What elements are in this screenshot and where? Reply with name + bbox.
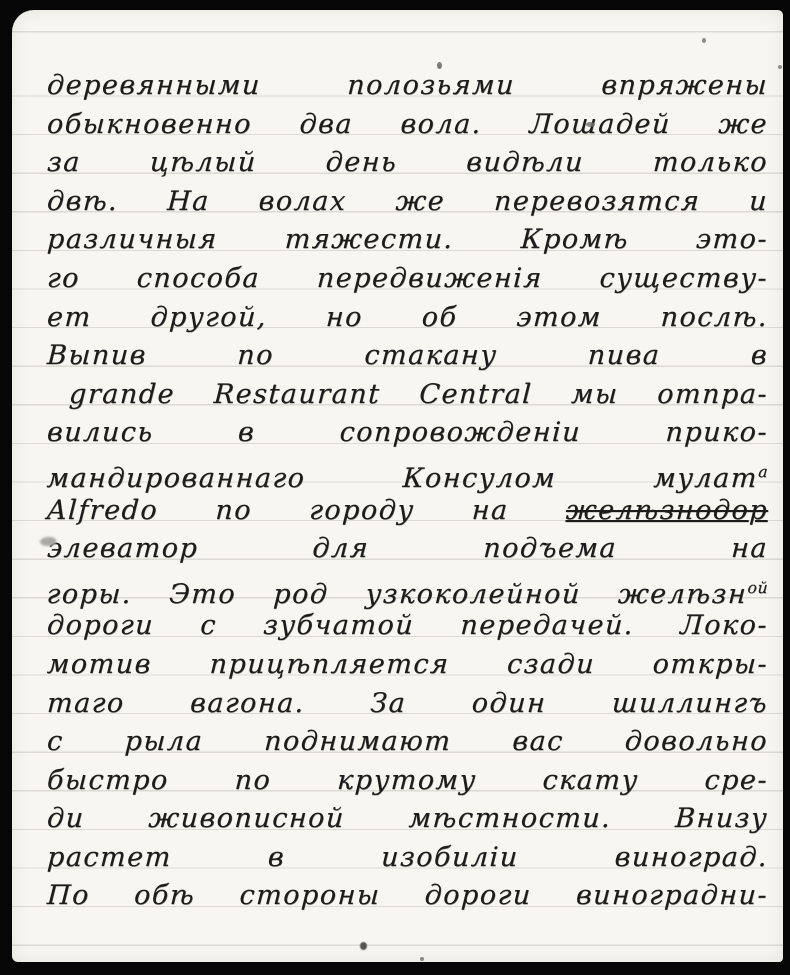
line-text: мотив прицѣпляется сзади откры-	[46, 649, 769, 680]
manuscript-line: го способа передвиженія существу-	[46, 261, 769, 300]
strikethrough-word: желѣзнодор	[565, 495, 769, 526]
manuscript-line: grande Restaurant Central мы отпра-	[46, 377, 769, 416]
line-text: быстро по крутому скату сре-	[46, 765, 769, 796]
superscript-letters: ой	[747, 578, 769, 597]
line-text-latin: grande Restaurant Central мы отпра-	[68, 379, 769, 410]
line-text: мандированнаго Консулом мулат	[46, 463, 759, 494]
line-text: за цѣлый день видѣли только	[46, 147, 769, 178]
line-text: Выпив по стакану пива в	[46, 340, 769, 371]
handwriting-text: деревянными полозьями впряжены обыкновен…	[46, 68, 767, 917]
line-text: ет другой, но об этом послѣ.	[46, 302, 769, 333]
line-text: Alfredo по городу на	[46, 495, 567, 526]
manuscript-line: таго вагона. За один шиллингъ	[46, 686, 769, 725]
manuscript-line: горы. Это род узкоколейной желѣзной	[46, 570, 769, 609]
line-text: го способа передвиженія существу-	[46, 263, 769, 294]
manuscript-line: с рыла поднимают вас довольно	[46, 724, 769, 763]
manuscript-line: различныя тяжести. Кромѣ это-	[46, 222, 769, 261]
manuscript-line: Выпив по стакану пива в	[46, 338, 769, 377]
manuscript-page: деревянными полозьями впряжены обыкновен…	[12, 10, 783, 962]
manuscript-line: дороги с зубчатой передачей. Локо-	[46, 608, 769, 647]
line-text: обыкновенно два вола. Лошадей же	[46, 109, 769, 140]
manuscript-line: растет в изобиліи виноград.	[46, 840, 769, 879]
line-text: элеватор для подъема на	[46, 533, 769, 564]
ink-speck	[702, 38, 706, 43]
line-text: дороги с зубчатой передачей. Локо-	[46, 610, 769, 641]
manuscript-line: По обѣ стороны дороги виноградни-	[46, 878, 769, 917]
ink-speck	[420, 957, 424, 961]
line-text: таго вагона. За один шиллингъ	[46, 688, 769, 719]
manuscript-line: деревянными полозьями впряжены	[46, 68, 769, 107]
ink-speck	[360, 942, 367, 950]
manuscript-line: обыкновенно два вола. Лошадей же	[46, 107, 769, 146]
line-text: По обѣ стороны дороги виноградни-	[46, 880, 769, 911]
line-text: ди живописной мѣстности. Внизу	[46, 803, 769, 834]
manuscript-line: быстро по крутому скату сре-	[46, 763, 769, 802]
manuscript-line: Alfredo по городу на желѣзнодор	[46, 493, 769, 532]
manuscript-line: ет другой, но об этом послѣ.	[46, 300, 769, 339]
manuscript-line: двѣ. На волах же перевозятся и	[46, 184, 769, 223]
superscript-letters: а	[758, 462, 769, 481]
manuscript-line: мандированнаго Консулом мулата	[46, 454, 769, 493]
scan-background: деревянными полозьями впряжены обыкновен…	[0, 0, 790, 975]
line-text: деревянными полозьями впряжены	[46, 70, 769, 101]
manuscript-line: мотив прицѣпляется сзади откры-	[46, 647, 769, 686]
manuscript-line: за цѣлый день видѣли только	[46, 145, 769, 184]
line-text: горы. Это род узкоколейной желѣзн	[46, 579, 748, 610]
line-text: с рыла поднимают вас довольно	[46, 726, 769, 757]
line-text: вились в сопровожденіи прико-	[46, 417, 769, 448]
line-text: различныя тяжести. Кромѣ это-	[46, 224, 769, 255]
manuscript-line: элеватор для подъема на	[46, 531, 769, 570]
manuscript-line: ди живописной мѣстности. Внизу	[46, 801, 769, 840]
line-text: растет в изобиліи виноград.	[46, 842, 769, 873]
line-text: двѣ. На волах же перевозятся и	[46, 186, 769, 217]
ink-speck	[778, 65, 782, 69]
manuscript-line: вились в сопровожденіи прико-	[46, 415, 769, 454]
